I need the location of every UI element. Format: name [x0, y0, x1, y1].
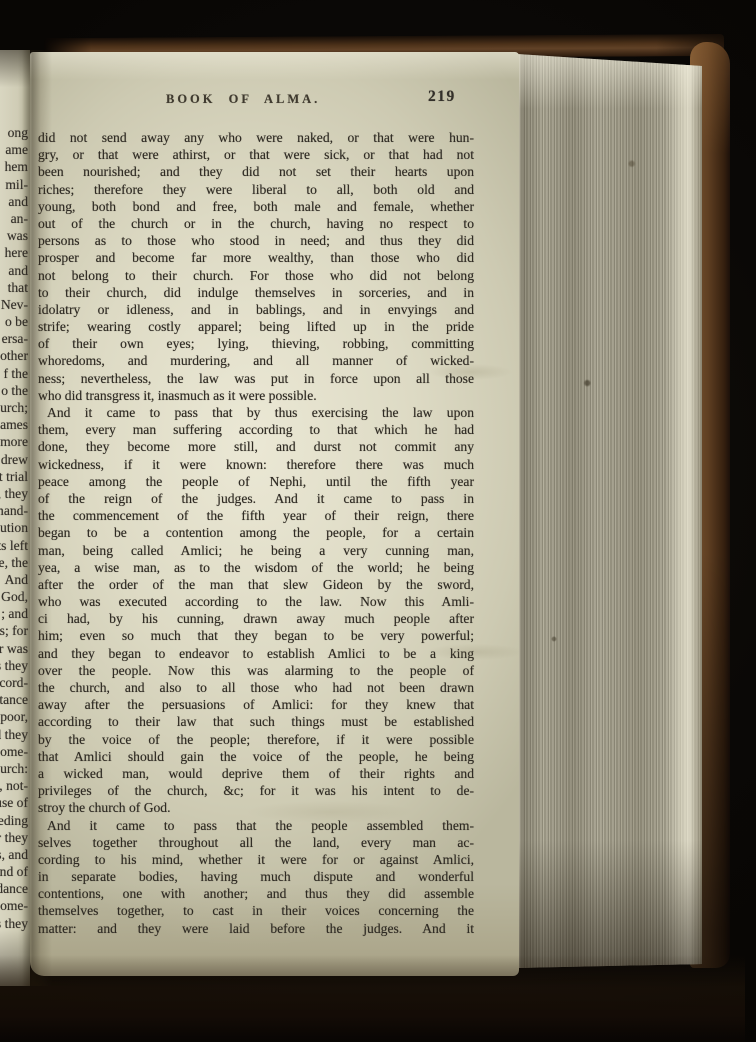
- facing-page-text-line: l home-: [0, 897, 30, 914]
- facing-page-text-line: ccord-: [0, 674, 30, 691]
- facing-page-text-line: and: [0, 193, 30, 210]
- text-line: cording to his mind, whether it were for…: [38, 851, 474, 868]
- facing-page-text-line: and of: [0, 863, 30, 880]
- facing-page-text-line: more: [0, 433, 30, 450]
- facing-page-text-line: e, the: [0, 554, 30, 571]
- facing-page-text-line: ces they: [0, 915, 30, 932]
- facing-page-text-line: hurch:: [0, 760, 30, 777]
- facing-page-text-line: , they: [0, 485, 30, 502]
- text-line: not belong to their church. For those wh…: [38, 267, 474, 284]
- facing-page-text-line: drew: [0, 451, 30, 468]
- text-line: that Amlici should gain the voice of the…: [38, 748, 474, 765]
- book-fore-edge-pages: [517, 54, 702, 968]
- paragraph: And it came to pass that by thus exercis…: [38, 404, 474, 817]
- text-line: wickedness, if it were known: therefore …: [38, 456, 474, 473]
- facing-page-text-line: ame: [0, 141, 30, 158]
- text-line: ness; nevertheless, the law was put in f…: [38, 370, 474, 387]
- facing-page-text-line: d they: [0, 726, 30, 743]
- facing-page-text-line: o be: [0, 313, 30, 330]
- facing-page-text-line: cution: [0, 519, 30, 536]
- text-line: a wicked man, would deprive them of thei…: [38, 765, 474, 782]
- text-line: who did transgress it, inasmuch as it we…: [38, 387, 474, 404]
- text-line: privileges of the church, &c; for it was…: [38, 782, 474, 799]
- facing-page-text-line: ersa-: [0, 330, 30, 347]
- text-line: matter: and they were laid before the ju…: [38, 920, 474, 937]
- facing-page-text-line: names: [0, 416, 30, 433]
- text-line: persons as to those who stood in need; a…: [38, 232, 474, 249]
- paragraph: And it came to pass that the people asse…: [38, 817, 474, 937]
- text-line: selves together throughout all the land,…: [38, 834, 474, 851]
- photo-of-open-book: ongamehemmil-andan-washereandthatNev-o b…: [0, 0, 756, 1042]
- facing-page-text-line: And: [0, 571, 30, 588]
- text-line: by the voice of the people; therefore, i…: [38, 731, 474, 748]
- text-line: away after the persuasions of Amlici: fo…: [38, 696, 474, 713]
- facing-page-sliver: ongamehemmil-andan-washereandthatNev-o b…: [0, 50, 30, 986]
- text-line: did not send away any who were naked, or…: [38, 129, 474, 146]
- paragraph: did not send away any who were naked, or…: [38, 129, 474, 404]
- facing-page-text-line: other: [0, 347, 30, 364]
- facing-page-text-line: that: [0, 279, 30, 296]
- text-line: after the order of the man that slew Gid…: [38, 576, 474, 593]
- text-line: who was executed according to the law. N…: [38, 593, 474, 610]
- text-line: of the reign of the judges. And it came …: [38, 490, 474, 507]
- facing-page-text-line: come-: [0, 743, 30, 760]
- text-line: riches; therefore they were liberal to a…: [38, 181, 474, 198]
- text-line: him; even so much that they began to be …: [38, 627, 474, 644]
- facing-page-text-line: ause of: [0, 794, 30, 811]
- text-line: man, being called Amlici; he being a ver…: [38, 542, 474, 559]
- text-line: according to their law that such things …: [38, 713, 474, 730]
- facing-page-text-line: o the: [0, 382, 30, 399]
- facing-page-text-line: f God,: [0, 588, 30, 605]
- facing-page-text-line: ls, and: [0, 846, 30, 863]
- text-line: strife; wearing costly apparel; being li…: [38, 318, 474, 335]
- facing-page-text-line: and: [0, 262, 30, 279]
- facing-page-text-line: ts left: [0, 537, 30, 554]
- text-line: began to be a contention among the peopl…: [38, 524, 474, 541]
- facing-page-text-line: here: [0, 244, 30, 261]
- text-line: And it came to pass that by thus exercis…: [38, 404, 474, 421]
- facing-page-text-line: ong: [0, 124, 30, 141]
- text-line: yea, a wise man, as to the wisdom of the…: [38, 559, 474, 576]
- facing-page-text-line: ; and: [0, 605, 30, 622]
- text-line: to their church, did indulge themselves …: [38, 284, 474, 301]
- text-line: in separate bodies, having much dispute …: [38, 868, 474, 885]
- facing-page-text-line: was: [0, 227, 30, 244]
- facing-page-text-line: mand-: [0, 502, 30, 519]
- text-line: prosper and become far more wealthy, tha…: [38, 249, 474, 266]
- facing-page-text-line: e poor,: [0, 708, 30, 725]
- facing-page-text-line: hem: [0, 158, 30, 175]
- facing-page-text-line: r they: [0, 829, 30, 846]
- text-line: out of the church or in the church, havi…: [38, 215, 474, 232]
- running-title: BOOK OF ALMA.: [166, 92, 320, 107]
- text-line: of their own eyes; lying, thieving, robb…: [38, 335, 474, 352]
- text-line: and they began to endeavor to establish …: [38, 645, 474, 662]
- text-line: done, they become more still, and durst …: [38, 438, 474, 455]
- text-line: the church, and also to all those who ha…: [38, 679, 474, 696]
- facing-page-text-fragments: ongamehemmil-andan-washereandthatNev-o b…: [0, 124, 30, 932]
- text-line: idolatry or idleness, and in bablings, a…: [38, 301, 474, 318]
- book-page: BOOK OF ALMA. 219 did not send away any …: [30, 52, 519, 976]
- text-line: been nourished; and they did not set the…: [38, 163, 474, 180]
- facing-page-text-line: er was: [0, 640, 30, 657]
- text-line: And it came to pass that the people asse…: [38, 817, 474, 834]
- text-line: contentions, one with another; and thus …: [38, 885, 474, 902]
- text-line: the commencement of the fifth year of th…: [38, 507, 474, 524]
- text-line: whoredoms, and murdering, and all manner…: [38, 352, 474, 369]
- page-number: 219: [428, 88, 456, 106]
- facing-page-text-line: t trial: [0, 468, 30, 485]
- facing-page-text-line: s they: [0, 657, 30, 674]
- text-line: peace among the people of Nephi, until t…: [38, 473, 474, 490]
- facing-page-text-line: ndance: [0, 880, 30, 897]
- text-line: gry, or that were athirst, or that were …: [38, 146, 474, 163]
- facing-page-text-line: n, not-: [0, 777, 30, 794]
- facing-page-text-line: mil-: [0, 176, 30, 193]
- text-line: ci had, by his cunning, drawn away much …: [38, 610, 474, 627]
- text-line: themselves together, to cast in their vo…: [38, 902, 474, 919]
- facing-page-text-line: rs; for: [0, 622, 30, 639]
- facing-page-text-line: f the: [0, 365, 30, 382]
- facing-page-text-line: an-: [0, 210, 30, 227]
- text-line: over the people. Now this was alarming t…: [38, 662, 474, 679]
- text-line: young, both bond and free, both male and…: [38, 198, 474, 215]
- facing-page-text-line: urch;: [0, 399, 30, 416]
- text-line: stroy the church of God.: [38, 799, 474, 816]
- facing-page-text-line: Nev-: [0, 296, 30, 313]
- facing-page-text-line: eeding: [0, 812, 30, 829]
- page-text: did not send away any who were naked, or…: [38, 129, 474, 937]
- text-line: them, every man suffering according to t…: [38, 421, 474, 438]
- facing-page-text-line: stance: [0, 691, 30, 708]
